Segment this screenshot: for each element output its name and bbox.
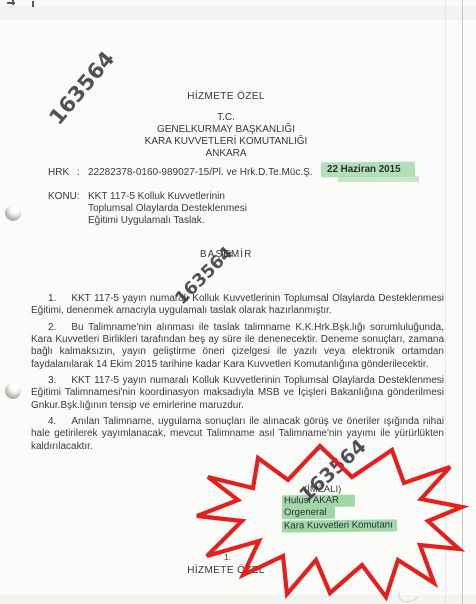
reference-label: HRK <box>48 167 69 178</box>
paragraph: 1.KKT 117-5 yayın numaralı Kolluk Kuvvet… <box>31 293 444 318</box>
paragraph-number: 1. <box>48 293 56 304</box>
subject-line-2: Toplumsal Olaylarda Desteklenmesi <box>88 203 247 215</box>
org-line-1: GENELKURMAY BAŞKANLIĞI <box>0 124 452 136</box>
signed-note: (İMZALI) <box>304 484 397 495</box>
paragraph-text: KKT 117-5 yayın numaralı Kolluk Kuvvetle… <box>31 293 444 316</box>
page-number: 1. <box>224 552 231 562</box>
signatory-rank: Orgeneral <box>282 507 335 520</box>
paragraph: 4.Anılan Talimname, uygulama sonuçları i… <box>31 416 444 453</box>
paragraph: 3.KKT 117-5 yayın numaralı Kolluk Kuvvet… <box>31 375 444 412</box>
letterhead: T.C. GENELKURMAY BAŞKANLIĞI KARA KUVVETL… <box>0 112 452 160</box>
reference-colon: : <box>77 167 80 178</box>
scan-artifact <box>12 0 14 5</box>
signature-block: (İMZALI) Hulusi AKAR Orgeneral Kara Kuvv… <box>284 484 397 532</box>
page-edge-line <box>462 0 463 604</box>
document-body: 1.KKT 117-5 yayın numaralı Kolluk Kuvvet… <box>31 293 444 457</box>
subject-text: KKT 117-5 Kolluk Kuvvetlerinin Toplumsal… <box>88 191 247 227</box>
security-banner-top: HİZMETE ÖZEL <box>0 91 452 102</box>
org-line-2: KARA KUVVETLERİ KOMUTANLIĞI <box>0 136 452 148</box>
order-heading: BAŞEMİR <box>200 249 253 260</box>
document-date: 22 Haziran 2015 <box>327 164 401 175</box>
paragraph-number: 2. <box>48 322 56 333</box>
subject-label: KONU: <box>48 191 80 202</box>
signatory-name: Hulusi AKAR <box>282 495 355 508</box>
hole-punch <box>5 205 21 221</box>
subject-line-3: Eğitimi Uygulamalı Taslak. <box>88 215 247 227</box>
paragraph-text: Bu Talimname'nin alınması ile taslak tal… <box>31 322 444 370</box>
scan-artifact <box>7 2 15 4</box>
paragraph-number: 3. <box>48 375 56 386</box>
paragraph: 2.Bu Talimname'nin alınması ile taslak t… <box>31 322 444 371</box>
scan-artifact <box>32 1 34 7</box>
paragraph-text: KKT 117-5 yayın numaralı Kolluk Kuvvetle… <box>31 375 444 411</box>
scan-artifact <box>0 6 476 20</box>
paragraph-text: Anılan Talimname, uygulama sonuçları ile… <box>31 416 444 452</box>
state-abbrev: T.C. <box>0 112 452 124</box>
date-highlight-smear <box>338 176 419 182</box>
reference-number: 22282378-0160-989027-15/Pl. ve Hrk.D.Te.… <box>88 167 313 179</box>
scanned-document-page: HİZMETE ÖZEL T.C. GENELKURMAY BAŞKANLIĞI… <box>0 0 476 604</box>
city-line: ANKARA <box>0 148 452 160</box>
signatory-title: Kara Kuvvetleri Komutanı <box>282 519 397 532</box>
hole-punch <box>5 383 21 399</box>
paragraph-number: 4. <box>48 416 56 427</box>
subject-line-1: KKT 117-5 Kolluk Kuvvetlerinin <box>88 191 247 203</box>
security-banner-bottom: HİZMETE ÖZEL <box>0 565 452 576</box>
